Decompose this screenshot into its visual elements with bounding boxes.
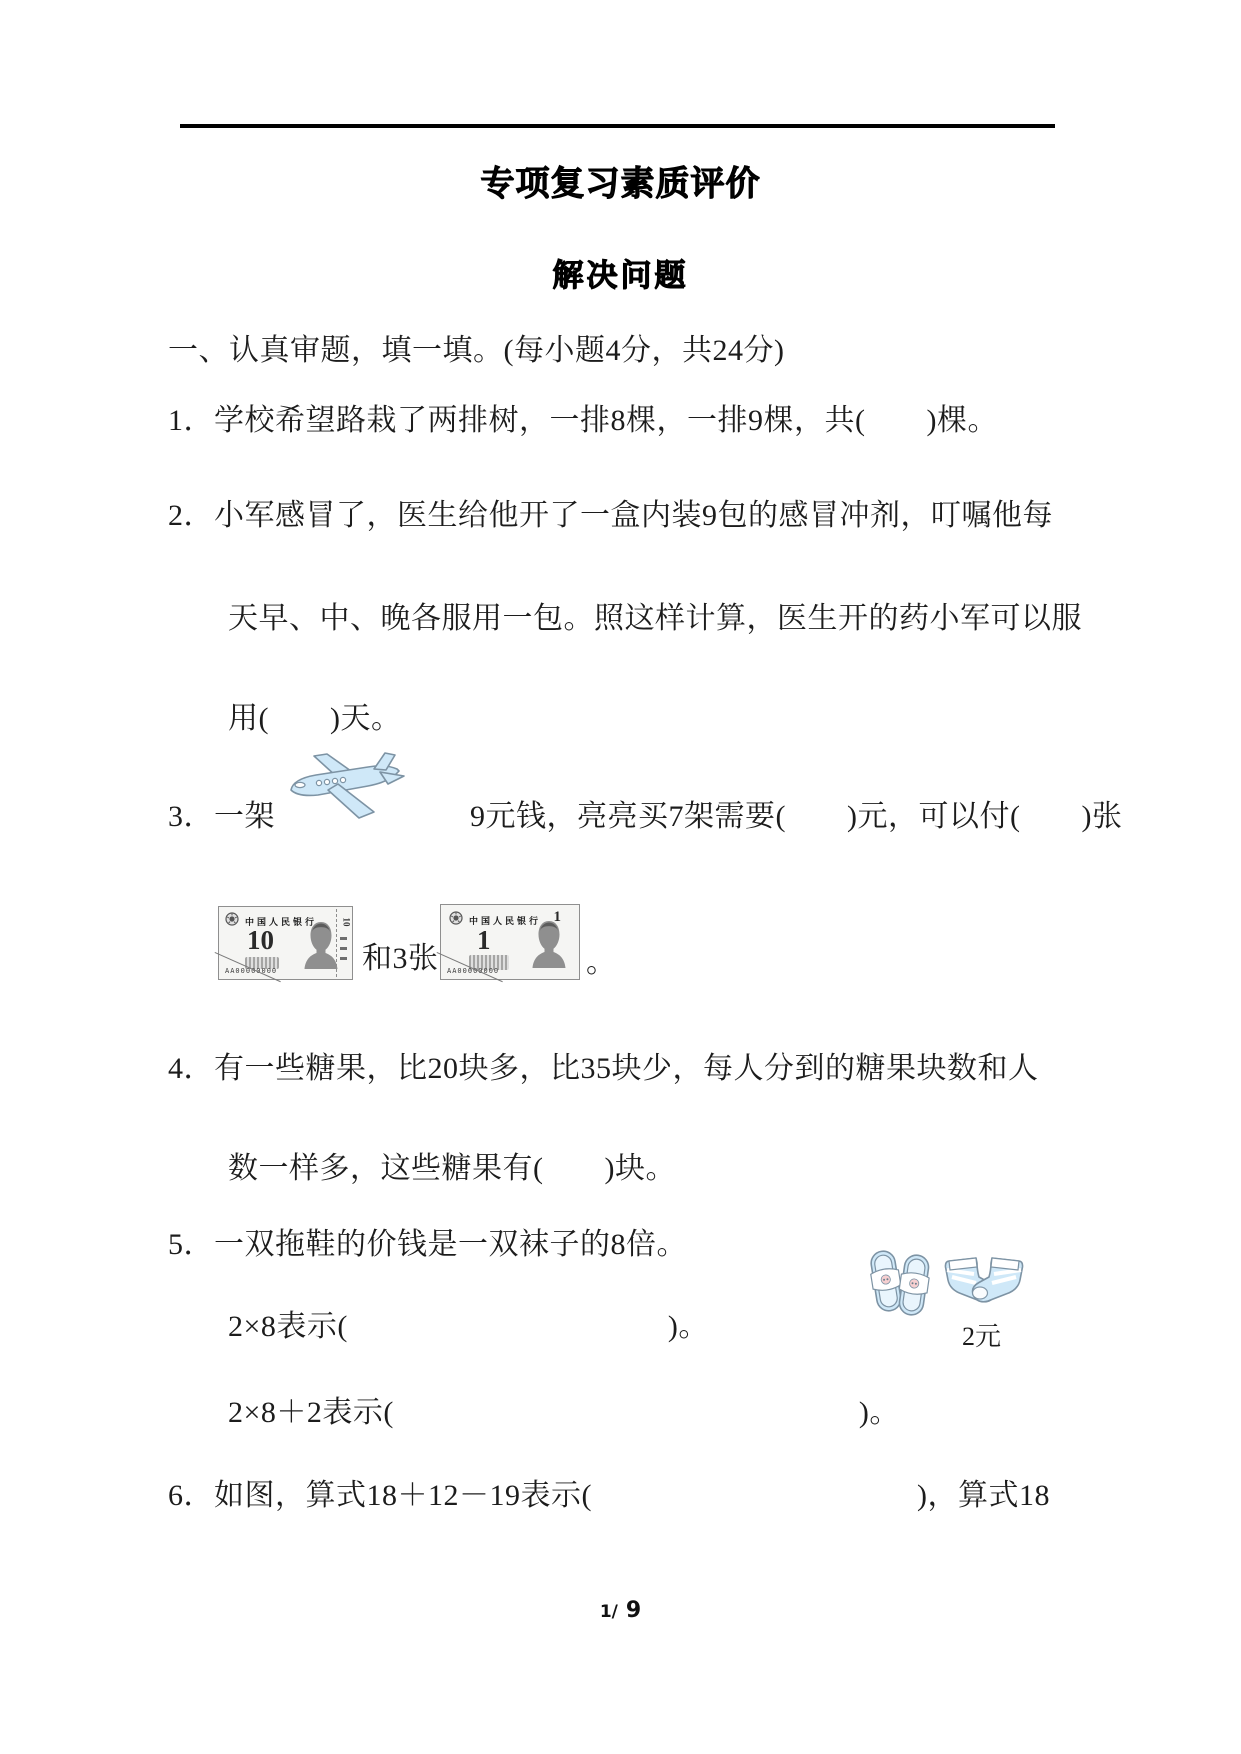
q6-suffix: )，算式18 — [917, 1479, 1050, 1512]
socks-icon — [940, 1250, 1028, 1320]
question-5-line2: 2×8表示()。 — [228, 1308, 709, 1346]
answer-blank — [394, 1421, 859, 1422]
slippers-icon — [870, 1246, 934, 1320]
national-emblem-icon — [225, 912, 239, 931]
page-number-total: 9 — [626, 1598, 641, 1623]
banknote-security-band: 10 — [336, 909, 350, 977]
band-dash — [340, 957, 347, 960]
question-2-line3: 用( )天。 — [228, 700, 401, 738]
question-2-line1: 2．小军感冒了，医生给他开了一盒内装9包的感冒冲剂，叮嘱他每 — [168, 497, 1053, 535]
question-4-line2: 数一样多，这些糖果有( )块。 — [228, 1150, 676, 1188]
header-rule — [180, 124, 1055, 128]
page-title: 专项复习素质评价 — [0, 156, 1241, 205]
airplane-icon — [286, 752, 406, 824]
section-heading: 一、认真审题，填一填。(每小题4分，共24分) — [168, 332, 784, 370]
question-3-suffix: 9元钱，亮亮买7架需要( )元，可以付( )张 — [470, 798, 1122, 836]
question-3-prefix: 3．一架 — [168, 798, 275, 836]
national-emblem-icon — [449, 911, 463, 930]
page-number-current: 1/ — [600, 1602, 618, 1622]
question-2-line2: 天早、中、晚各服用一包。照这样计算，医生开的药小军可以服 — [228, 600, 1082, 638]
q5-line2-prefix: 2×8表示( — [228, 1310, 348, 1343]
q5-line2-suffix: )。 — [668, 1310, 709, 1343]
portrait-icon — [303, 919, 339, 974]
q6-prefix: 6．如图，算式18＋12－19表示( — [168, 1479, 592, 1512]
band-dash — [340, 937, 347, 940]
question-1: 1．学校希望路栽了两排树，一排8棵，一排9棵，共( )棵。 — [168, 402, 998, 440]
page-number: 1/9 — [0, 1598, 1241, 1623]
q5-line3-suffix: )。 — [859, 1396, 900, 1429]
question-6-line1: 6．如图，算式18＋12－19表示()，算式18 — [168, 1477, 1050, 1515]
question-3-end: 。 — [586, 944, 617, 982]
banknote-band-value: 10 — [342, 918, 352, 927]
banknote-value: 1 — [477, 925, 491, 956]
banknote-1-yuan: 中国人民银行 1 1 AA00000000 — [440, 904, 580, 980]
answer-blank — [348, 1335, 668, 1336]
page-subtitle: 解决问题 — [0, 250, 1241, 295]
banknote-value: 10 — [247, 925, 274, 956]
question-3-mid: 和3张 — [362, 940, 439, 978]
worksheet-page: 专项复习素质评价 解决问题 一、认真审题，填一填。(每小题4分，共24分) 1．… — [0, 0, 1241, 1754]
band-dash — [340, 947, 347, 950]
answer-blank — [592, 1504, 917, 1505]
question-5-line1: 5．一双拖鞋的价钱是一双袜子的8倍。 — [168, 1226, 687, 1264]
portrait-icon — [531, 918, 567, 973]
question-4-line1: 4．有一些糖果，比20块多，比35块少，每人分到的糖果块数和人 — [168, 1050, 1039, 1088]
question-5-line3: 2×8＋2表示()。 — [228, 1394, 900, 1432]
banknote-10-yuan: 中国人民银行 10 10 AA00000000 — [218, 906, 353, 980]
socks-price-label: 2元 — [962, 1316, 1001, 1353]
q5-line3-prefix: 2×8＋2表示( — [228, 1396, 394, 1429]
